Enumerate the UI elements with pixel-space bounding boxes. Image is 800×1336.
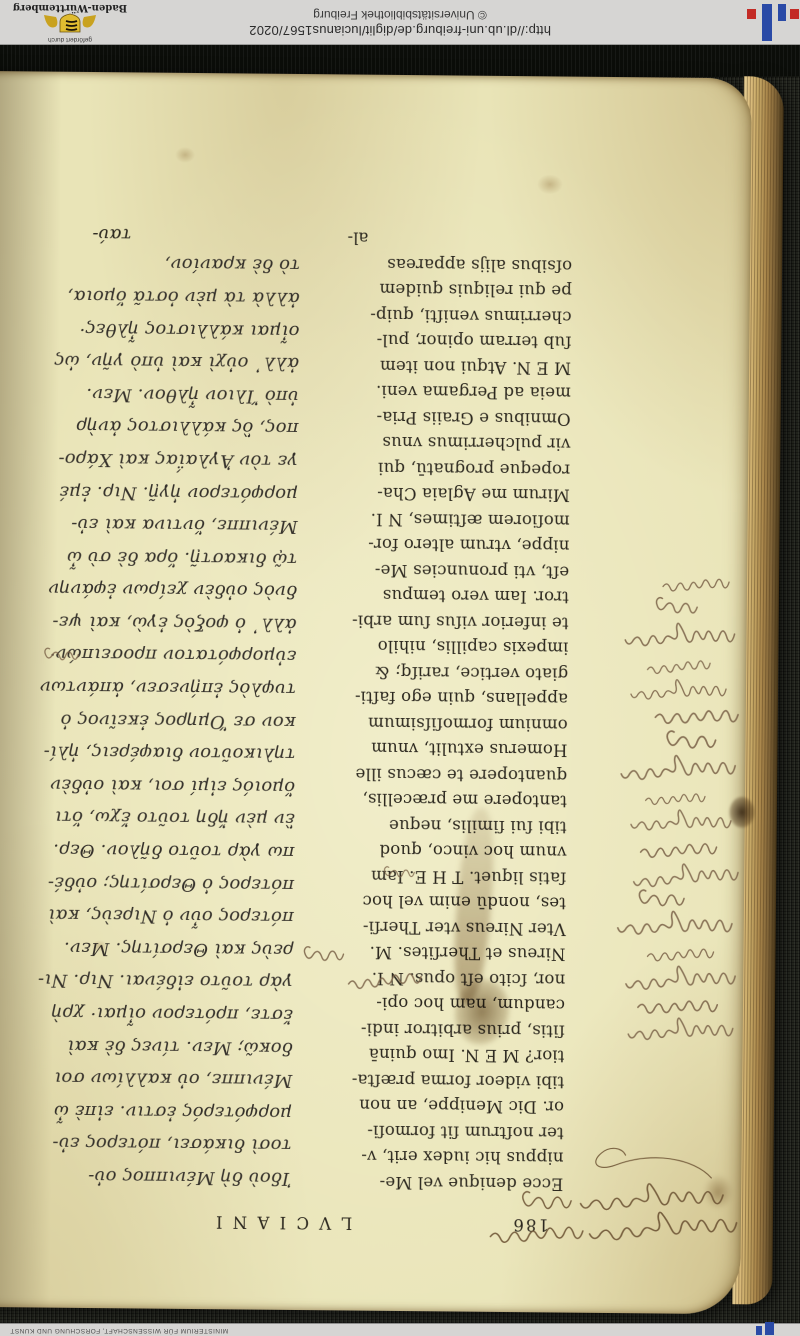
text-line: vir pulcherrimus vnus	[324, 429, 570, 457]
folio-number: 186	[511, 1215, 549, 1234]
foxing-spot	[175, 147, 195, 163]
text-line: πω γὰρ τοῦτο δῆλον. Θερ.	[0, 833, 294, 868]
text-line: πότερος οὖν ὁ Νιρεὺς, καὶ	[0, 898, 294, 933]
text-line: meia ad Pergama veni.	[325, 378, 571, 406]
text-line: tibi ſui ſimilis, neque	[321, 812, 567, 840]
text-line: Homerus extulit, vnum	[321, 735, 567, 763]
text-line: tror. Iam vero tempus	[323, 582, 569, 610]
text-line: ρεὺς καὶ Θερσίτης. Μεν.	[0, 930, 294, 965]
text-line: ſitis, prius arbitror indi-	[319, 1016, 565, 1044]
text-line: tes, nondū enim vel hoc	[320, 888, 566, 916]
text-line: Μένιππε, οὐ καλλίων σοι	[0, 1061, 292, 1096]
fore-edge-stain	[729, 796, 755, 828]
text-line: ἔστε, πρότερον οἶμαι· χρὴ	[0, 996, 293, 1031]
bw-coat-of-arms-icon	[42, 13, 98, 35]
text-line: moſiorem æſtimes, N I.	[324, 506, 570, 534]
text-line: Vter Nireus vter Therſi-	[320, 914, 566, 942]
text-line: τυφλὸς ἐπῄνεσεν, ἁπάντων	[2, 670, 296, 705]
text-line: tior? M E N. Imo quinā	[318, 1041, 564, 1069]
text-line: Ἰδοὺ δὴ Μένιππος οὑ-	[0, 1159, 291, 1194]
latin-catchword: al-	[347, 226, 554, 249]
text-line: te inferior viſus ſum arbi-	[323, 608, 569, 636]
text-line: appellans, quin ego faſti-	[322, 684, 568, 712]
text-line: Μένιππε, ὅντινα καὶ εὐ-	[3, 507, 297, 542]
funder-label: gefördert durch	[12, 35, 128, 43]
text-line: nippe, vtrum altero for-	[323, 531, 569, 559]
text-line: ἓν μὲν ἤδη τοῦτο ἔχω, ὅτι	[1, 800, 295, 835]
text-line: vnum hoc vinco, quod	[320, 837, 566, 865]
text-line: or. Dic Menippe, an non	[318, 1092, 564, 1120]
rotated-scan-image: MINISTERIUM FÜR WISSENSCHAFT, FORSCHUNG …	[0, 0, 800, 1336]
corner-stain	[703, 1174, 733, 1210]
book-page-block: 186 L V C I A N I Ecce denique vel Me-ni…	[0, 65, 784, 1321]
text-line: eſt, vti pronuncies Me-	[323, 557, 569, 585]
text-line: giato vertice, rariſq; &	[322, 659, 568, 687]
text-line: ἀλλὰ τὰ μὲν ὀστᾶ ὅμοια,	[6, 279, 300, 314]
text-line: ἀλλ᾽ ὁ φοξὸς ἐγὼ, καὶ ψε-	[3, 604, 297, 639]
text-line: Mirum me Aglaia Cha-	[324, 480, 570, 508]
text-line: tibi videor forma præſta-	[318, 1067, 564, 1095]
text-line: Nireus et Therſites. M.	[319, 939, 565, 967]
text-line: pe qui reliquis quidem	[326, 276, 572, 304]
text-line: μορφότερον ἡγῇ. Νιρ. ἐμέ	[4, 474, 298, 509]
text-line: ἀλλ᾽ οὐχὶ καὶ ὑπὸ γῆν, ὡς	[5, 344, 299, 379]
text-line: M E N. Atqui non item	[325, 353, 571, 381]
text-line: impexis capillis, nihilo	[322, 633, 568, 661]
library-logo-fragment-icon	[752, 1315, 776, 1335]
funder-name: Baden-Württemberg	[12, 2, 128, 13]
greek-column: Ἰδοὺ δὴ Μένιππος οὑ-τοσὶ δικάσει, πότερο…	[0, 246, 300, 1194]
text-line: πος, ὃς κάλλιστος ἀνὴρ	[4, 409, 298, 444]
funder-block: gefördert durch Baden-Württemberg	[12, 2, 128, 43]
text-line: μορφότερός ἐστιν. εἰπὲ ὦ	[0, 1093, 292, 1128]
text-line: ſub terram opinor, pul-	[325, 327, 571, 355]
text-line: ſatis liquet. T H E. Iam	[320, 863, 566, 891]
ministry-label: MINISTERIUM FÜR WISSENSCHAFT, FORSCHUNG …	[10, 1325, 228, 1335]
text-line: οἶμαι κάλλιστος ἦλθες·	[5, 311, 299, 346]
text-line: candum, nam hoc opi-	[319, 990, 565, 1018]
text-line: ter noſtrum ſit formoſi-	[318, 1118, 564, 1146]
text-line: ropeque prognatū, qui	[324, 455, 570, 483]
text-line: nor, ſcito eſt opus. N I.	[319, 965, 565, 993]
ministry-bar: MINISTERIUM FÜR WISSENSCHAFT, FORSCHUNG …	[0, 1323, 800, 1336]
text-line: Omnibus e Graiis Pria-	[325, 404, 571, 432]
text-line: τὸ δὲ κρανίον,	[6, 246, 300, 281]
text-line: nippus hic iudex erit, v-	[317, 1143, 563, 1171]
text-line: quantopere te cæcus ille	[321, 761, 567, 789]
text-line: δοκῶ; Μεν. τίνες δὲ καὶ	[0, 1028, 293, 1063]
text-line: Ecce denique vel Me-	[317, 1169, 563, 1197]
scan-viewport: MINISTERIUM FÜR WISSENSCHAFT, FORSCHUNG …	[0, 0, 800, 1336]
scan-photo-area: 186 L V C I A N I Ecce denique vel Me-ni…	[0, 44, 800, 1324]
text-line: κον σε Ὅμηρος ἐκεῖνος ὁ	[2, 702, 296, 737]
text-line: γε τὸν Ἀγλαΐας καὶ Χάρο-	[4, 442, 298, 477]
text-line: τηλικοῦτον διαφέρεις, ἡλί-	[1, 735, 295, 770]
latin-column: Ecce denique vel Me-nippus hic iudex eri…	[317, 249, 572, 1197]
text-line: εὐμορφότατον προσειπών·	[2, 637, 296, 672]
text-line: cherrimus veniſti, quip-	[326, 302, 572, 330]
printed-text-block: 186 L V C I A N I Ecce denique vel Me-ni…	[0, 223, 572, 1235]
greek-catchword: ταύ-	[6, 223, 339, 247]
text-line: πότερος ὁ Θερσίτης; οὐδέ-	[0, 865, 294, 900]
text-line: ὅμοιός εἰμί σοι, καὶ οὐδὲν	[1, 767, 295, 802]
running-title: L V C I A N I	[121, 1211, 445, 1233]
foxing-spot	[537, 174, 563, 194]
page-header: 186 L V C I A N I	[0, 1203, 563, 1234]
book-page: 186 L V C I A N I Ecce denique vel Me-ni…	[0, 71, 752, 1314]
text-line: oſsibus alijs appareas	[326, 251, 572, 279]
text-line: tantopere me præcellis,	[321, 786, 567, 814]
text-line: τῷ δικαστῇ. ὅρα δὲ σὺ ὦ	[3, 539, 297, 574]
text-line: δνὸς οὐδὲν χείρων ἐφάνην	[3, 572, 297, 607]
attribution-bar: http://dl.ub.uni-freiburg.de/diglit/luci…	[0, 0, 800, 45]
catchword-row: al- ταύ-	[6, 223, 572, 249]
text-line: γὰρ τοῦτο εἰδέναι. Νιρ. Νι-	[0, 963, 293, 998]
text-line: τοσὶ δικάσει, πότερος εὐ-	[0, 1126, 292, 1161]
text-line: omnium formoſiſsimum	[322, 710, 568, 738]
text-line: ὑπὸ Ἴλιον ἦλθον. Μεν.	[5, 376, 299, 411]
